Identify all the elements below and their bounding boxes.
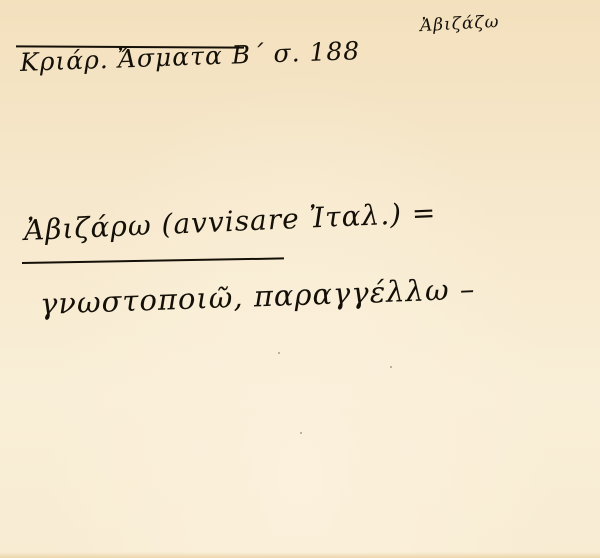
index-card: Κριάρ. Ἄσματα Β΄ σ. 188 Ἀβιζάζω Ἀβιζάρω …	[0, 0, 600, 558]
paper-speck	[300, 432, 302, 434]
card-bottom-edge	[0, 552, 600, 558]
source-reference: Κριάρ. Ἄσματα Β΄ σ. 188	[20, 38, 361, 75]
entry-headword-line: Ἀβιζάρω (avvisare Ἰταλ.) =	[23, 199, 437, 245]
paper-speck	[390, 366, 392, 368]
paper-speck	[278, 352, 280, 354]
entry-definition-line: γνωστοποιῶ, παραγγέλλω –	[39, 275, 475, 319]
headword-tag: Ἀβιζάζω	[420, 14, 500, 35]
headword-underline	[22, 257, 284, 264]
